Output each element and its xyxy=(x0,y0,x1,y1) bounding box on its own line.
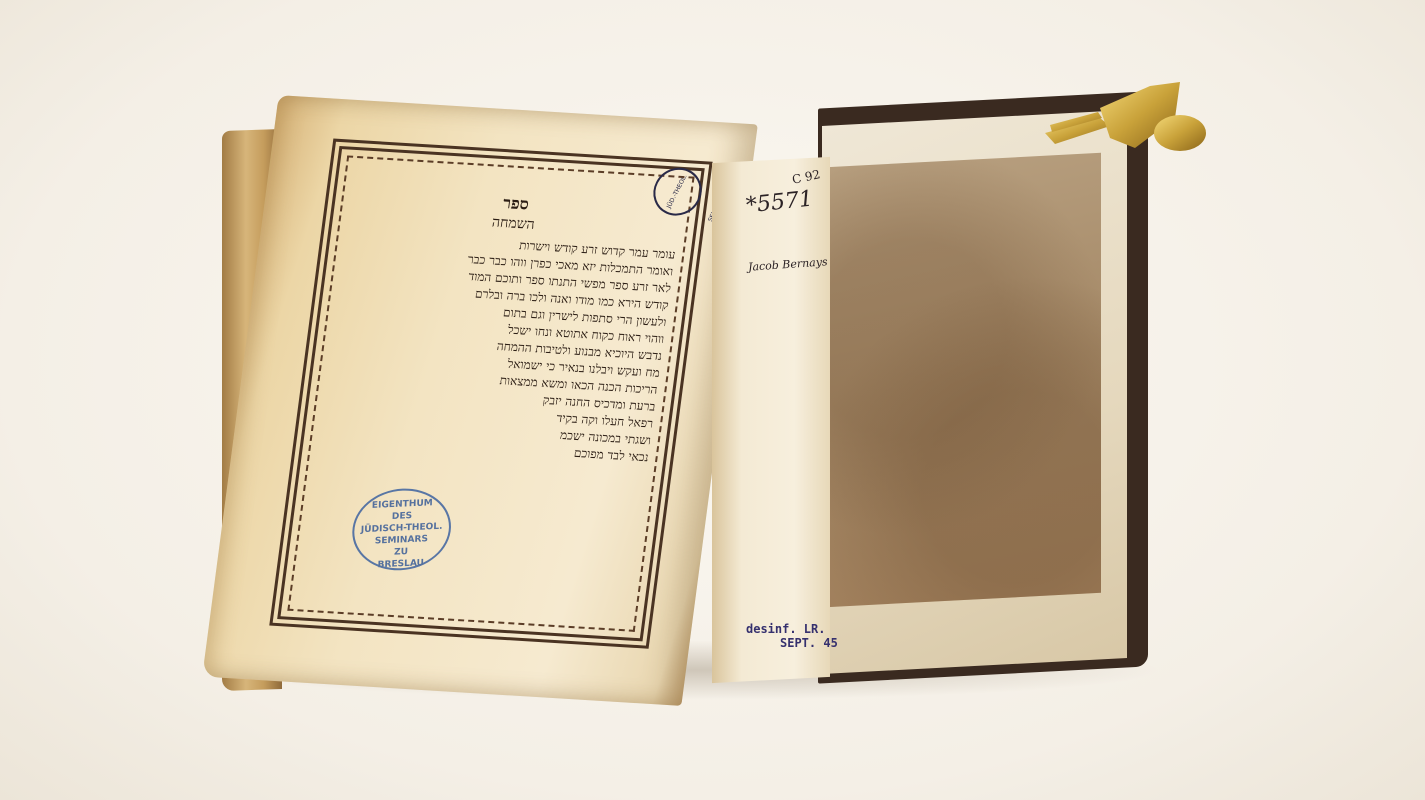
left-page: ספר השמחה עומר עמר קדוש זרע קודש וישרות … xyxy=(202,95,758,706)
disinfection-stamp: desinf. LR. SEPT. 45 xyxy=(746,622,838,650)
stamp-line: desinf. LR. xyxy=(746,622,838,636)
stamp-line: SEPT. 45 xyxy=(746,636,838,650)
flyleaf-page xyxy=(712,157,830,683)
library-ownership-stamp: EIGENTHUM DES JÜDISCH-THEOL. SEMINARS ZU… xyxy=(351,487,452,573)
gold-hand-bookmark-icon xyxy=(1040,78,1210,158)
worn-paper-patch xyxy=(826,153,1101,607)
